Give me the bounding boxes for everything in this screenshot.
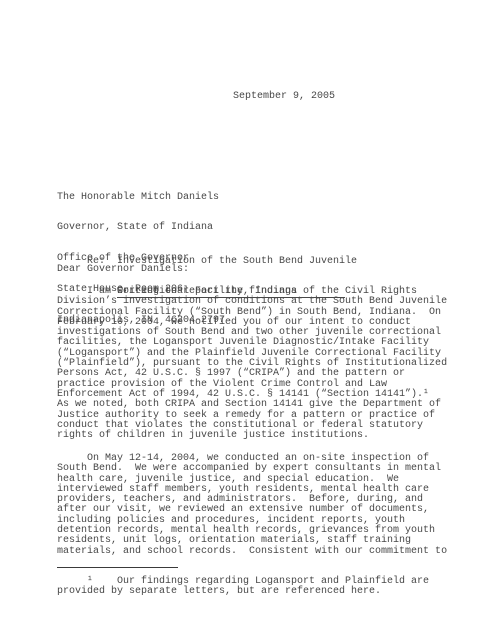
footnote-text: ¹ Our findings regarding Logansport and … [57,577,429,598]
letter-date: September 9, 2005 [233,92,335,102]
body-paragraph-2: On May 12-14, 2004, we conducted an on-s… [57,454,447,557]
salutation: Dear Governor Daniels: [57,265,189,275]
recipient-address-line: The Honorable Mitch Daniels [57,193,225,203]
letter-page: September 9, 2005 The Honorable Mitch Da… [0,0,494,639]
footnote-separator [57,567,178,568]
body-paragraph-1: I am writing to report the findings of t… [57,287,447,441]
recipient-address-line: Governor, State of Indiana [57,223,225,233]
